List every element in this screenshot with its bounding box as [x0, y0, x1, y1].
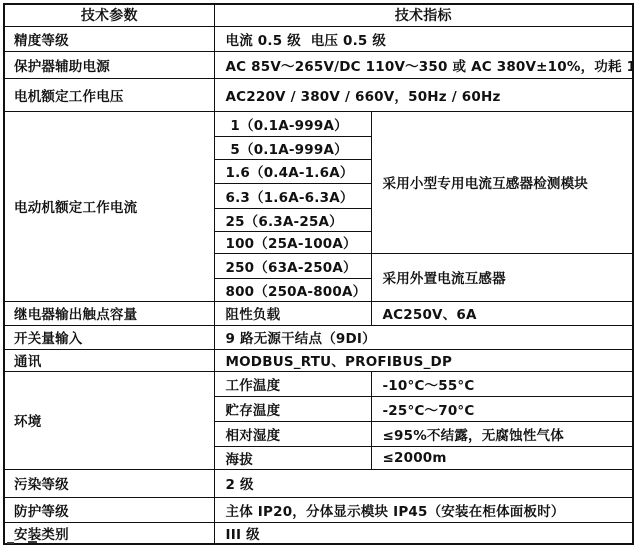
env-item-value: ≤95%不结露，无腐蚀性气体: [371, 421, 633, 446]
param-label: 保护器辅助电源: [4, 51, 214, 78]
param-label: 精度等级: [4, 26, 214, 51]
env-item-name: 工作温度: [214, 371, 371, 396]
detector-external-cell: 采用外置电流互感器: [371, 253, 633, 301]
param-label: 防护等级: [4, 497, 214, 522]
relay-value: AC250V、6A: [371, 301, 633, 325]
header-row: 技术参数 技术指标: [4, 4, 633, 26]
spec-table: 技术参数 技术指标 精度等级 电流 0.5 级 电压 0.5 级 保护器辅助电源…: [3, 3, 634, 544]
spec-value: AC220V / 380V / 660V，50Hz / 60Hz: [214, 78, 633, 111]
param-label: 污染等级: [4, 469, 214, 497]
spec-value: AC 85V～265V/DC 110V～350 或 AC 380V±10%，功耗…: [214, 51, 633, 78]
row-relay-output: 继电器输出触点容量 阻性负载 AC250V、6A: [4, 301, 633, 325]
spec-value: MODBUS_RTU、PROFIBUS_DP: [214, 349, 633, 371]
env-item-name: 相对湿度: [214, 421, 371, 446]
environment-label: 环境: [4, 371, 214, 469]
env-item-name: 海拔: [214, 446, 371, 469]
spec-value: 2 级: [214, 469, 633, 497]
motor-current-label: 电动机额定工作电流: [4, 111, 214, 301]
relay-load-type: 阻性负载: [214, 301, 371, 325]
row-pollution-degree: 污染等级 2 级: [4, 469, 633, 497]
row-motor-current-1: 电动机额定工作电流 1（0.1A-999A） 采用小型专用电流互感器检测模块: [4, 111, 633, 136]
header-spec-cell: 技术指标: [214, 4, 633, 26]
current-range: 250（63A-250A）: [214, 253, 371, 278]
row-env-working-temp: 环境 工作温度 -10°C～55°C: [4, 371, 633, 396]
env-item-name: 贮存温度: [214, 396, 371, 421]
current-range: 800（250A-800A）: [214, 278, 371, 301]
row-aux-power: 保护器辅助电源 AC 85V～265V/DC 110V～350 或 AC 380…: [4, 51, 633, 78]
param-label: 电机额定工作电压: [4, 78, 214, 111]
env-item-value: -25°C～70°C: [371, 396, 633, 421]
row-protection-degree: 防护等级 主体 IP20，分体显示模块 IP45（安装在柜体面板时）: [4, 497, 633, 522]
current-range: 1（0.1A-999A）: [214, 111, 371, 136]
row-communication: 通讯 MODBUS_RTU、PROFIBUS_DP: [4, 349, 633, 371]
row-rated-voltage: 电机额定工作电压 AC220V / 380V / 660V，50Hz / 60H…: [4, 78, 633, 111]
current-range: 6.3（1.6A-6.3A）: [214, 183, 371, 208]
detector-small-cell: 采用小型专用电流互感器检测模块: [371, 111, 633, 253]
spec-value: 9 路无源干结点（9DI）: [214, 325, 633, 349]
env-item-value: ≤2000m: [371, 446, 633, 469]
current-range: 1.6（0.4A-1.6A）: [214, 159, 371, 183]
param-label: 继电器输出触点容量: [4, 301, 214, 325]
row-digital-input: 开关量输入 9 路无源干结点（9DI）: [4, 325, 633, 349]
param-label: 通讯: [4, 349, 214, 371]
current-range: 100（25A-100A）: [214, 231, 371, 253]
spec-value: III 级: [214, 522, 633, 544]
current-range: 25（6.3A-25A）: [214, 208, 371, 231]
current-range: 5（0.1A-999A）: [214, 136, 371, 159]
env-item-value: -10°C～55°C: [371, 371, 633, 396]
row-accuracy: 精度等级 电流 0.5 级 电压 0.5 级: [4, 26, 633, 51]
spec-value: 主体 IP20，分体显示模块 IP45（安装在柜体面板时）: [214, 497, 633, 522]
row-installation-category: 安装类别 III 级: [4, 522, 633, 544]
param-label: 开关量输入: [4, 325, 214, 349]
header-param-cell: 技术参数: [4, 4, 214, 26]
spec-value: 电流 0.5 级 电压 0.5 级: [214, 26, 633, 51]
